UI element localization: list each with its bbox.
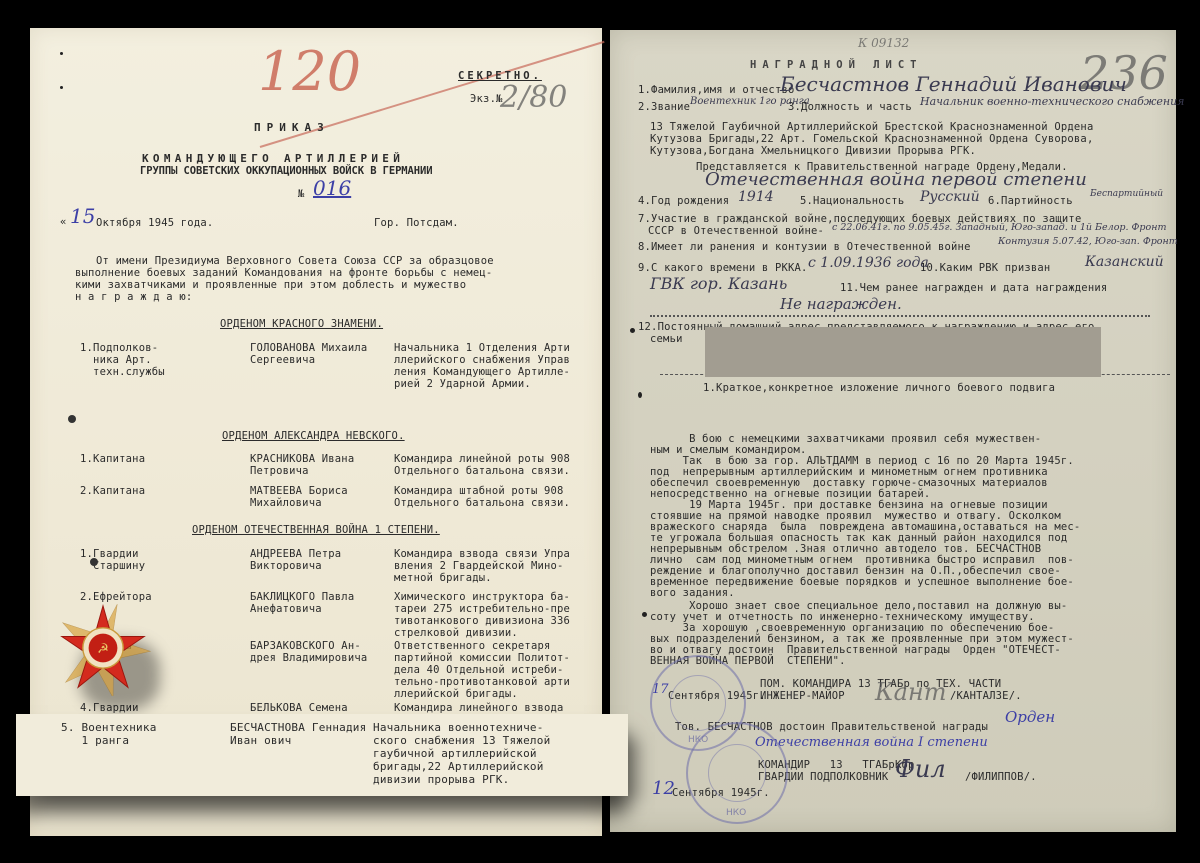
punch-mark (60, 86, 63, 89)
punch-mark (642, 612, 647, 617)
highlighted-award-entry: 5. Воентехника 1 ранга БЕСЧАСТНОВА Генна… (16, 714, 628, 796)
order-number-label: № (298, 188, 305, 200)
punch-hole (68, 415, 76, 423)
svg-text:☭: ☭ (97, 642, 109, 657)
order-location: Гор. Потсдам. (374, 217, 459, 229)
punch-mark (638, 392, 642, 398)
section-heading-patriotic-war: ОРДЕНОМ ОТЕЧЕСТВЕННАЯ ВОЙНА 1 СТЕПЕНИ. (192, 524, 440, 536)
order-date: Октября 1945 года. (96, 217, 213, 229)
section-title: 1.Краткое,конкретное изложение личного б… (703, 382, 1055, 394)
order-date-day: 15 (70, 204, 95, 228)
section-heading-red-banner: ОРДЕНОМ КРАСНОГО ЗНАМЕНИ. (220, 318, 383, 330)
punch-mark (630, 328, 635, 333)
field-3-value: Начальник военно-технического снабжения (920, 95, 1184, 108)
dotted-line (650, 315, 1150, 317)
redacted-address (705, 327, 1101, 377)
order-patriotic-war-icon: ☭ (55, 600, 151, 696)
award-sheet-title: НАГРАДНОЙ ЛИСТ (750, 59, 923, 71)
signature-2: Фил (895, 755, 946, 783)
order-subtitle-2: ГРУППЫ СОВЕТСКИХ ОККУПАЦИОННЫХ ВОЙСК В Г… (140, 165, 432, 177)
handwritten-sheet-number: 120 (258, 40, 361, 103)
punch-hole (90, 558, 98, 566)
order-subtitle-1: КОМАНДУЮЩЕГО АРТИЛЛЕРИЕЙ (142, 153, 404, 165)
award-value: Отечественная война первой степени (705, 169, 1087, 190)
field-1-value: Бесчастнов Геннадий Иванович (780, 72, 1127, 96)
copy-label: Экз.№ (470, 93, 503, 105)
section-heading-nevsky: ОРДЕНОМ АЛЕКСАНДРА НЕВСКОГО. (222, 430, 405, 442)
copy-number-handwritten: 2/80 (500, 80, 567, 115)
order-title: ПРИКАЗ (254, 122, 330, 134)
punch-mark (60, 52, 63, 55)
order-number: 016 (313, 176, 351, 200)
signature-1: Кант (875, 678, 946, 706)
official-stamp-icon: НКО (686, 722, 788, 824)
archive-code: К 09132 (858, 36, 909, 50)
date-quote: « (60, 216, 67, 228)
highlighted-name: БЕСЧАСТНОВА Геннадия (230, 722, 366, 734)
